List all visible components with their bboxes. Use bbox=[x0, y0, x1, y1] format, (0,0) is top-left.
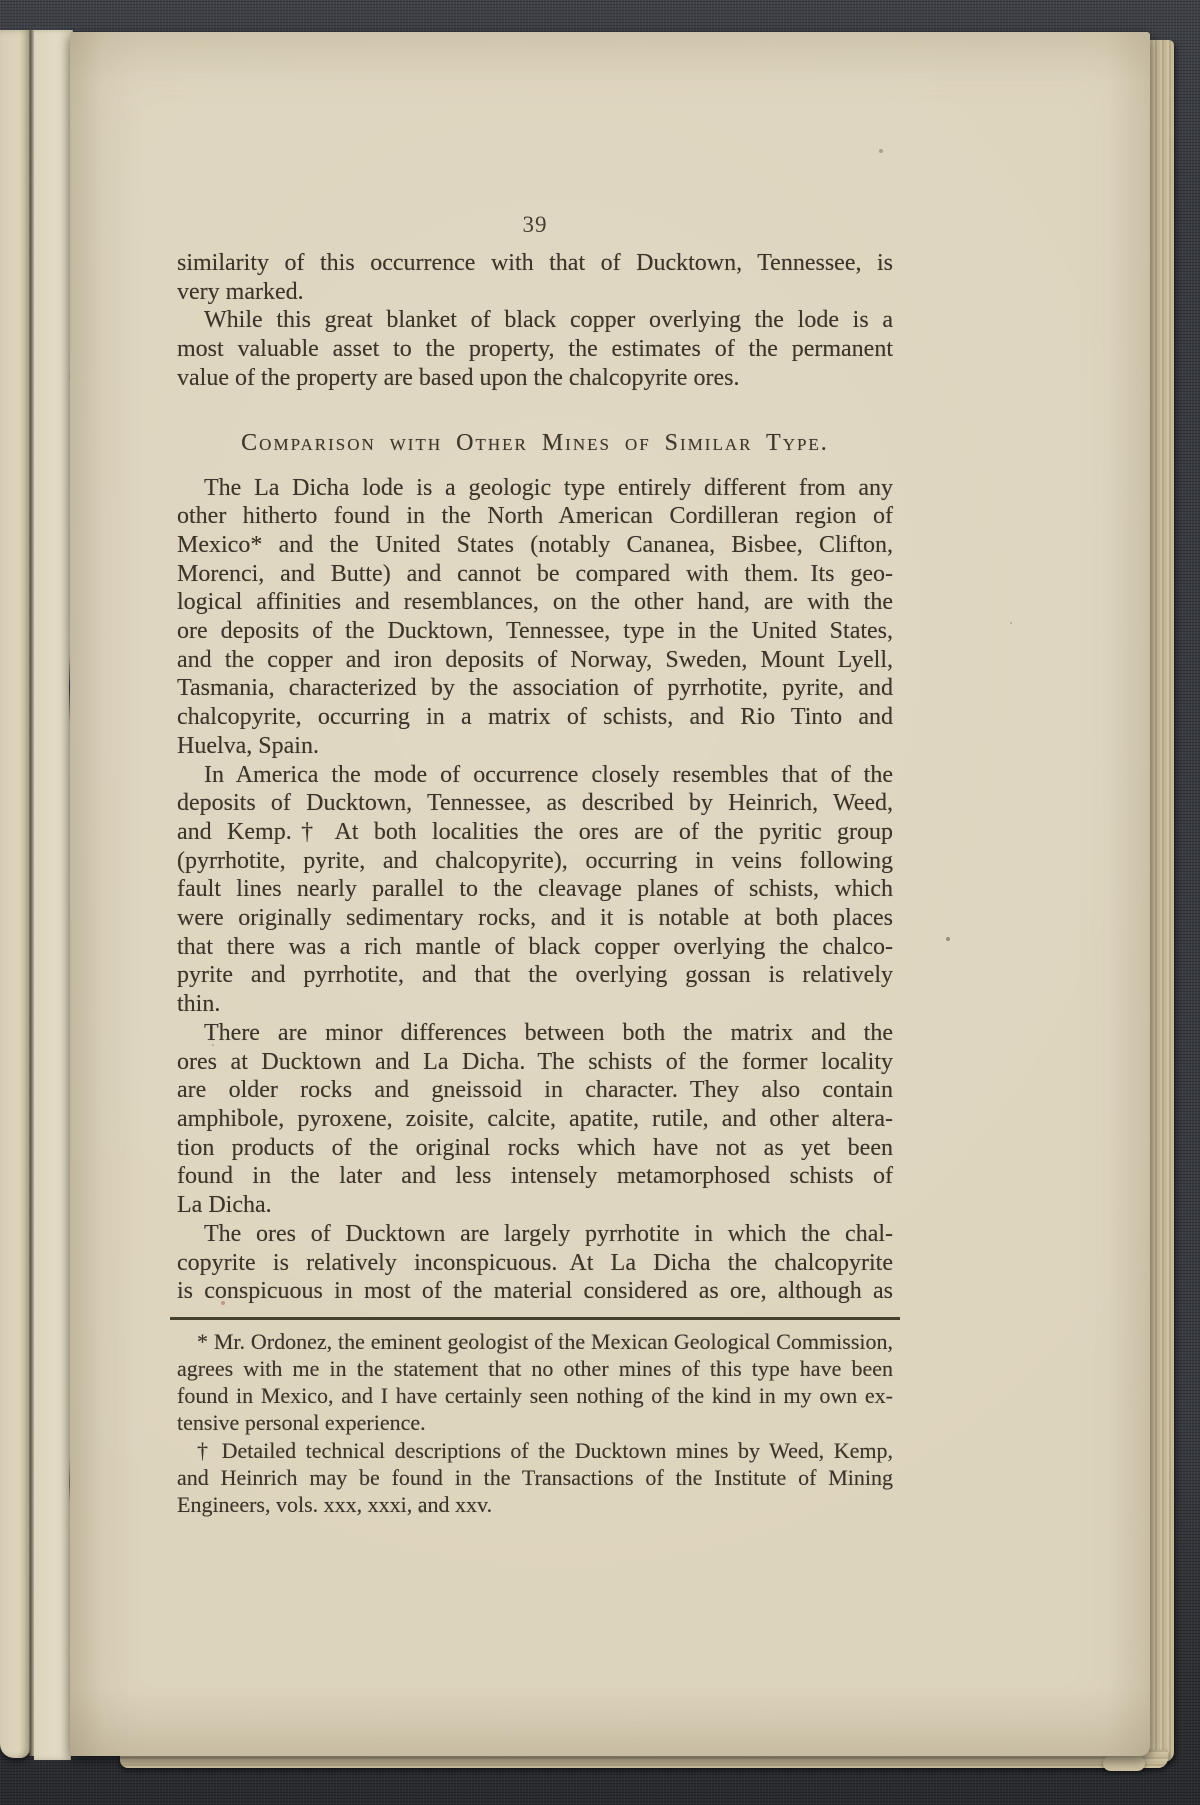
footnote-rule bbox=[170, 1317, 900, 1320]
photograph-of-book-page: 39 similarity of this occurrence with th… bbox=[0, 0, 1200, 1805]
text-line: Huelva, Spain. bbox=[177, 732, 893, 761]
text-line: is conspicuous in most of the material c… bbox=[177, 1277, 893, 1306]
paragraph: There are minor differences between both… bbox=[177, 1019, 893, 1220]
text-line: are older rocks and gneissoid in charact… bbox=[177, 1076, 893, 1105]
text-line: tensive personal experience. bbox=[177, 1409, 893, 1436]
text-line: La Dicha. bbox=[177, 1191, 893, 1220]
text-line: The La Dicha lode is a geologic type ent… bbox=[177, 474, 893, 503]
paragraph: The La Dicha lode is a geologic type ent… bbox=[177, 474, 893, 761]
text-line: found in the later and less intensely me… bbox=[177, 1162, 893, 1191]
text-line: were originally sedimentary rocks, and i… bbox=[177, 904, 893, 933]
text-line: thin. bbox=[177, 990, 893, 1019]
paper-specks bbox=[70, 32, 72, 34]
paragraph: The ores of Ducktown are largely pyrrhot… bbox=[177, 1220, 893, 1306]
text-line: agrees with me in the statement that no … bbox=[177, 1355, 893, 1382]
section-heading: Comparison with Other Mines of Similar T… bbox=[177, 428, 893, 458]
body-text: similarity of this occurrence with that … bbox=[177, 249, 893, 1306]
text-line: There are minor differences between both… bbox=[177, 1019, 893, 1048]
text-line: tion products of the original rocks whic… bbox=[177, 1134, 893, 1163]
text-line: In America the mode of occurrence closel… bbox=[177, 761, 893, 790]
paragraph: * Mr. Ordonez, the eminent geologist of … bbox=[177, 1328, 893, 1436]
text-line: ores at Ducktown and La Dicha. The schis… bbox=[177, 1048, 893, 1077]
text-line: amphibole, pyroxene, zoisite, calcite, a… bbox=[177, 1105, 893, 1134]
text-line: pyrite and pyrrhotite, and that the over… bbox=[177, 961, 893, 990]
paragraph: In America the mode of occurrence closel… bbox=[177, 761, 893, 1019]
text-line: chalcopyrite, occurring in a matrix of s… bbox=[177, 703, 893, 732]
text-line: * Mr. Ordonez, the eminent geologist of … bbox=[177, 1328, 893, 1355]
fore-edge-page-stack bbox=[1146, 40, 1174, 1762]
under-page-edge-strip bbox=[0, 30, 30, 1758]
text-line: While this great blanket of black copper… bbox=[177, 306, 893, 335]
text-line: most valuable asset to the property, the… bbox=[177, 335, 893, 364]
text-line: and Heinrich may be found in the Transac… bbox=[177, 1464, 893, 1491]
text-line: deposits of Ducktown, Tennessee, as desc… bbox=[177, 789, 893, 818]
footnotes: * Mr. Ordonez, the eminent geologist of … bbox=[177, 1328, 893, 1518]
text-line: copyrite is relatively inconspicuous. At… bbox=[177, 1249, 893, 1278]
text-line: very marked. bbox=[177, 278, 893, 307]
book-page: 39 similarity of this occurrence with th… bbox=[70, 32, 1150, 1756]
paragraph: similarity of this occurrence with that … bbox=[177, 249, 893, 306]
text-line: logical affinities and resemblances, on … bbox=[177, 588, 893, 617]
text-line: Morenci, and Butte) and cannot be compar… bbox=[177, 560, 893, 589]
paragraph: † Detailed technical descriptions of the… bbox=[177, 1437, 893, 1518]
text-line: fault lines nearly parallel to the cleav… bbox=[177, 875, 893, 904]
text-line: The ores of Ducktown are largely pyrrhot… bbox=[177, 1220, 893, 1249]
text-line: ore deposits of the Ducktown, Tennessee,… bbox=[177, 617, 893, 646]
text-line: that there was a rich mantle of black co… bbox=[177, 933, 893, 962]
page-number: 39 bbox=[177, 212, 893, 238]
text-line: other hitherto found in the North Americ… bbox=[177, 502, 893, 531]
text-line: Engineers, vols. xxx, xxxi, and xxv. bbox=[177, 1491, 893, 1518]
text-line: † Detailed technical descriptions of the… bbox=[177, 1437, 893, 1464]
text-line: and Kemp.† At both localities the ores a… bbox=[177, 818, 893, 847]
text-line: similarity of this occurrence with that … bbox=[177, 249, 893, 278]
text-line: value of the property are based upon the… bbox=[177, 364, 893, 393]
text-line: and the copper and iron deposits of Norw… bbox=[177, 646, 893, 675]
text-line: found in Mexico, and I have certainly se… bbox=[177, 1382, 893, 1409]
text-line: Tasmania, characterized by the associati… bbox=[177, 674, 893, 703]
paragraph: While this great blanket of black copper… bbox=[177, 306, 893, 392]
text-line: Mexico* and the United States (notably C… bbox=[177, 531, 893, 560]
text-line: (pyrrhotite, pyrite, and chalcopyrite), … bbox=[177, 847, 893, 876]
bottom-corner-page-edge bbox=[1103, 1756, 1145, 1771]
text-column: similarity of this occurrence with that … bbox=[177, 249, 893, 1519]
